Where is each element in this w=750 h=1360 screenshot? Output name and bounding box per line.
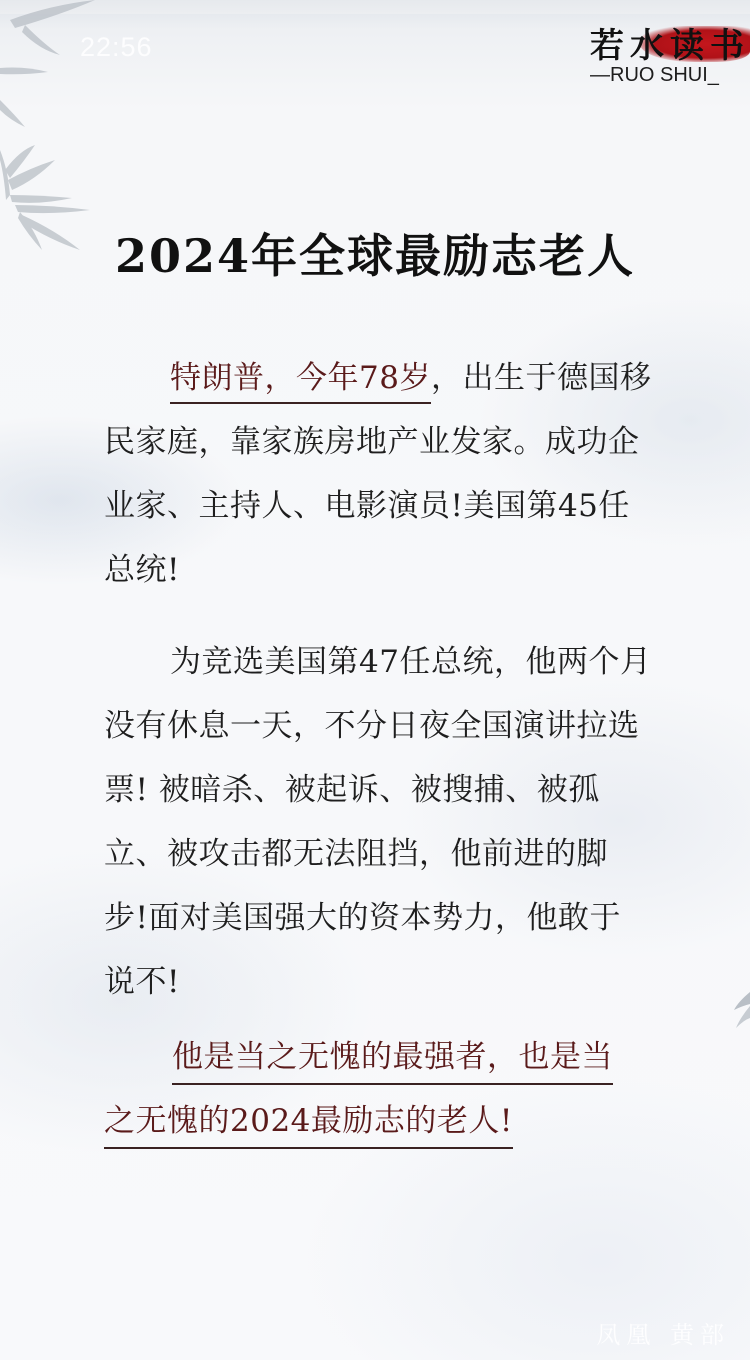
brand-logo: 若水读书 —RUO SHUI_: [560, 18, 750, 98]
paragraph-1: 特朗普，今年78岁，出生于德国移民家庭，靠家族房地产业发家。成功企业家、主持人、…: [104, 346, 652, 602]
conclusion-line-2: 之无愧的2024最励志的老人!: [104, 1089, 652, 1153]
highlight-text: 之无愧的2024最励志的老人!: [104, 1103, 513, 1149]
article-title: 2024年全球最励志老人: [0, 220, 750, 286]
conclusion-line-1: 他是当之无愧的最强者，也是当: [104, 1025, 652, 1089]
watermark: 凤凰 黄部: [596, 1315, 730, 1350]
bamboo-leaf-decoration-icon: [730, 992, 750, 1032]
paragraph-2: 为竞选美国第47任总统，他两个月没有休息一天，不分日夜全国演讲拉选票! 被暗杀、…: [104, 630, 652, 1014]
highlight-text: 特朗普，今年78岁: [170, 360, 431, 404]
paragraph-2-text: 为竞选美国第47任总统，他两个月没有休息一天，不分日夜全国演讲拉选票! 被暗杀、…: [104, 644, 651, 1000]
paragraph-3: 他是当之无愧的最强者，也是当 之无愧的2024最励志的老人!: [104, 1025, 652, 1153]
status-time: 22:56: [80, 32, 153, 63]
highlight-text: 他是当之无愧的最强者，也是当: [172, 1039, 613, 1085]
logo-chars: 若水读书: [590, 18, 750, 67]
logo-subtitle: —RUO SHUI_: [590, 64, 719, 87]
